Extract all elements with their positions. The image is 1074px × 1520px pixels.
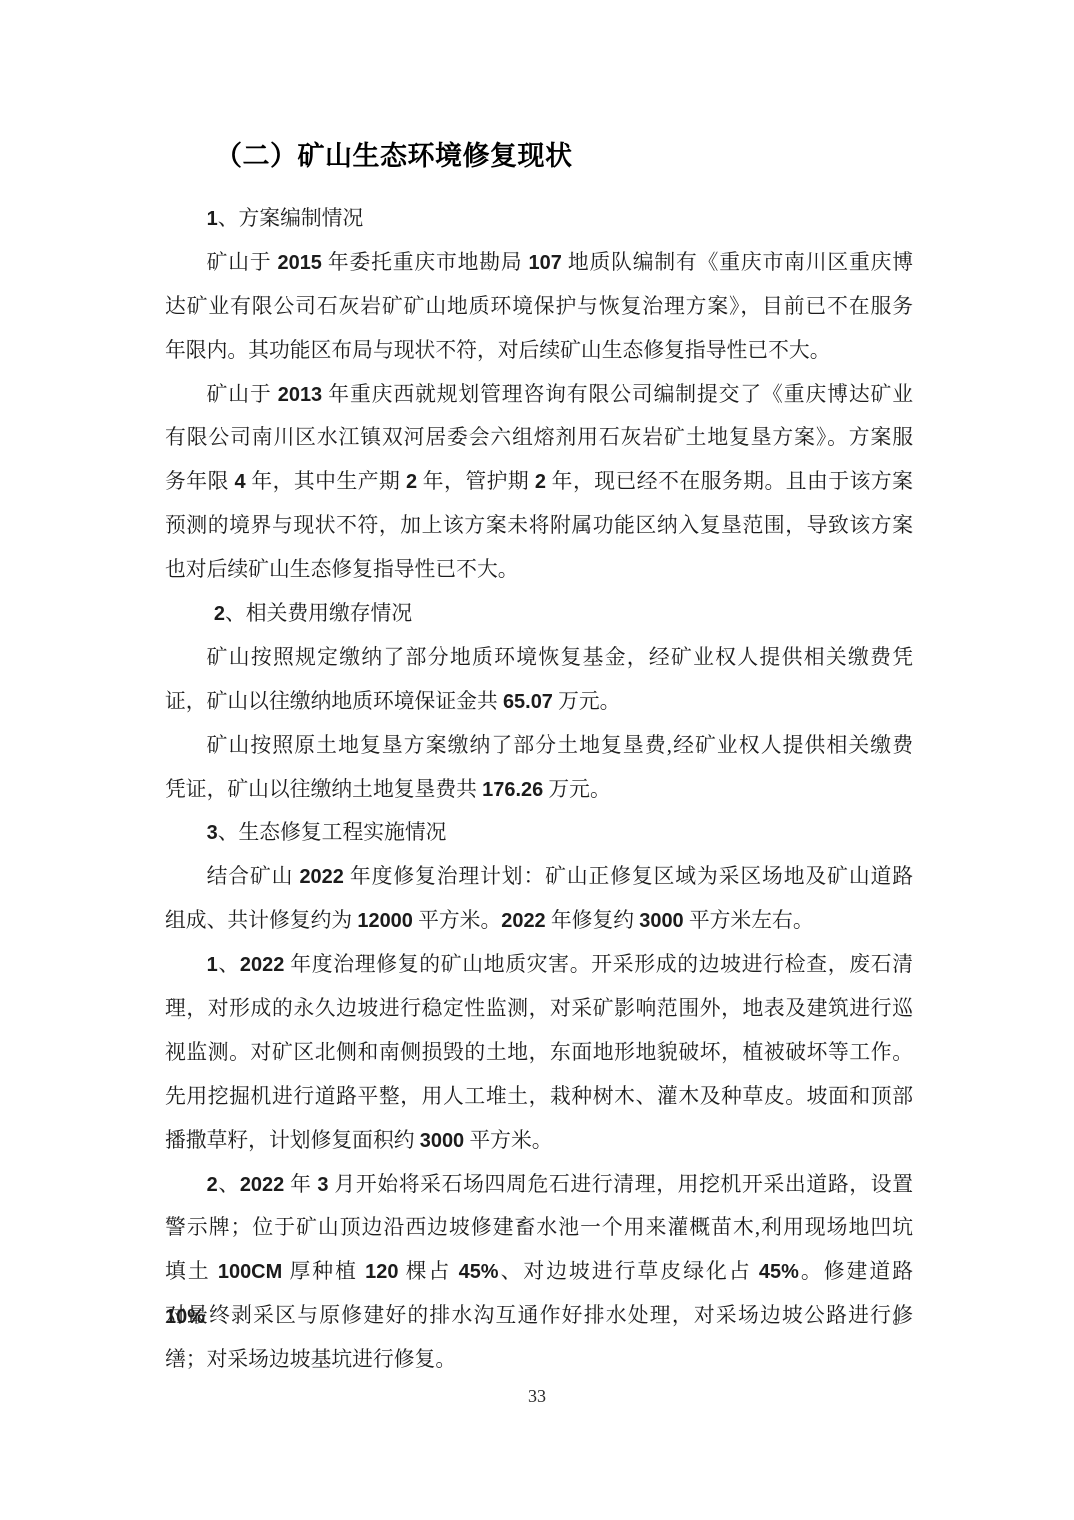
numeric-text: 1 bbox=[207, 208, 218, 230]
numeric-text: 120 bbox=[365, 1261, 398, 1283]
text-line: 1、方案编制情况 bbox=[165, 197, 913, 241]
numeric-text: 2013 bbox=[278, 384, 322, 406]
text-line: 矿山按照规定缴纳了部分地质环境恢复基金，经矿业权人提供相关缴费凭 bbox=[165, 636, 913, 680]
document-page: （二）矿山生态环境修复现状 1、方案编制情况矿山于 2015 年委托重庆市地勘局… bbox=[0, 0, 1074, 1520]
paragraph: 矿山按照原土地复垦方案缴纳了部分土地复垦费,经矿业权人提供相关缴费凭证，矿山以往… bbox=[165, 724, 913, 812]
sub-heading: 1、方案编制情况 bbox=[165, 197, 913, 241]
numeric-text: 45% bbox=[459, 1261, 499, 1283]
text-line: 结合矿山 2022 年度修复治理计划：矿山正修复区域为采区场地及矿山道路 bbox=[165, 855, 913, 899]
text-line: 警示牌；位于矿山顶边沿西边坡修建畜水池一个用来灌概苗木,利用现场地凹坑 bbox=[165, 1206, 913, 1250]
text-line: 缮；对采场边坡基坑进行修复。 bbox=[165, 1338, 913, 1382]
text-line: 填土 100CM 厚种植 120 棵占 45%、对边坡进行草皮绿化占 45%。修… bbox=[165, 1250, 913, 1294]
paragraph: 矿山于 2013 年重庆西就规划管理咨询有限公司编制提交了《重庆博达矿业有限公司… bbox=[165, 373, 913, 592]
numeric-text: 2 bbox=[406, 471, 417, 493]
numeric-text: 3 bbox=[207, 822, 218, 844]
page-number: 33 bbox=[0, 1386, 1074, 1407]
numeric-text: 2 bbox=[207, 1174, 218, 1196]
numeric-text: 2022 bbox=[240, 954, 284, 976]
text-line: 年限内。其功能区布局与现状不符，对后续矿山生态修复指导性已不大。 bbox=[165, 329, 913, 373]
text-line: 矿山于 2013 年重庆西就规划管理咨询有限公司编制提交了《重庆博达矿业 bbox=[165, 373, 913, 417]
text-line: 达矿业有限公司石灰岩矿矿山地质环境保护与恢复治理方案》，目前已不在服务 bbox=[165, 285, 913, 329]
text-line: 凭证，矿山以往缴纳土地复垦费共 176.26 万元。 bbox=[165, 768, 913, 812]
text-line: 矿山于 2015 年委托重庆市地勘局 107 地质队编制有《重庆市南川区重庆博 bbox=[165, 241, 913, 285]
numeric-text: 2015 bbox=[278, 252, 322, 274]
numeric-text: 100CM bbox=[218, 1261, 282, 1283]
numeric-text: 65.07 bbox=[503, 691, 553, 713]
numeric-text: 176.26 bbox=[482, 779, 543, 801]
text-line: 矿山按照原土地复垦方案缴纳了部分土地复垦费,经矿业权人提供相关缴费 bbox=[165, 724, 913, 768]
numeric-text: 12000 bbox=[357, 910, 413, 932]
document-body: 1、方案编制情况矿山于 2015 年委托重庆市地勘局 107 地质队编制有《重庆… bbox=[165, 197, 913, 1382]
numeric-text: 3000 bbox=[639, 910, 683, 932]
numeric-text: 3 bbox=[317, 1174, 328, 1196]
numeric-text: 107 bbox=[529, 252, 562, 274]
text-line: 3、生态修复工程实施情况 bbox=[165, 811, 913, 855]
text-line: 2、相关费用缴存情况 bbox=[165, 592, 913, 636]
numeric-text: 2022 bbox=[240, 1174, 284, 1196]
text-line: 预测的境界与现状不符，加上该方案未将附属功能区纳入复垦范围，导致该方案 bbox=[165, 504, 913, 548]
numeric-text: 2022 bbox=[299, 866, 343, 888]
numeric-text: 2 bbox=[214, 603, 225, 625]
numeric-text: 3000 bbox=[420, 1130, 464, 1152]
text-line: 对最终剥采区与原修建好的排水沟互通作好排水处理，对采场边坡公路进行修 bbox=[165, 1294, 913, 1338]
text-line: 2、2022 年 3 月开始将采石场四周危石进行清理，用挖机开采出道路，设置 bbox=[165, 1163, 913, 1207]
text-line: 理，对形成的永久边坡进行稳定性监测，对采矿影响范围外，地表及建筑进行巡 bbox=[165, 987, 913, 1031]
sub-heading: 2、相关费用缴存情况 bbox=[165, 592, 913, 636]
section-heading: （二）矿山生态环境修复现状 bbox=[165, 134, 963, 178]
numeric-text: 2 bbox=[535, 471, 546, 493]
paragraph: 矿山按照规定缴纳了部分地质环境恢复基金，经矿业权人提供相关缴费凭证，矿山以往缴纳… bbox=[165, 636, 913, 724]
numeric-text: 2022 bbox=[501, 910, 545, 932]
text-line: 有限公司南川区水江镇双河居委会六组熔剂用石灰岩矿土地复垦方案》。方案服 bbox=[165, 416, 913, 460]
paragraph: 矿山于 2015 年委托重庆市地勘局 107 地质队编制有《重庆市南川区重庆博达… bbox=[165, 241, 913, 373]
sub-heading: 3、生态修复工程实施情况 bbox=[165, 811, 913, 855]
text-line: 播撒草籽，计划修复面积约 3000 平方米。 bbox=[165, 1119, 913, 1163]
paragraph: 1、2022 年度治理修复的矿山地质灾害。开采形成的边坡进行检查，废石清理，对形… bbox=[165, 943, 913, 1162]
numeric-text: 1 bbox=[207, 954, 218, 976]
text-line: 证，矿山以往缴纳地质环境保证金共 65.07 万元。 bbox=[165, 680, 913, 724]
numeric-text: 4 bbox=[235, 471, 246, 493]
text-line: 视监测。对矿区北侧和南侧损毁的土地，东面地形地貌破坏，植被破坏等工作。 bbox=[165, 1031, 913, 1075]
numeric-text: 45% bbox=[759, 1261, 799, 1283]
text-line: 先用挖掘机进行道路平整，用人工堆土，栽种树木、灌木及种草皮。坡面和顶部 bbox=[165, 1075, 913, 1119]
text-line: 组成、共计修复约为 12000 平方米。2022 年修复约 3000 平方米左右… bbox=[165, 899, 913, 943]
text-line: 1、2022 年度治理修复的矿山地质灾害。开采形成的边坡进行检查，废石清 bbox=[165, 943, 913, 987]
text-line: 也对后续矿山生态修复指导性已不大。 bbox=[165, 548, 913, 592]
paragraph: 2、2022 年 3 月开始将采石场四周危石进行清理，用挖机开采出道路，设置警示… bbox=[165, 1163, 913, 1382]
paragraph: 结合矿山 2022 年度修复治理计划：矿山正修复区域为采区场地及矿山道路组成、共… bbox=[165, 855, 913, 943]
text-line: 务年限 4 年，其中生产期 2 年，管护期 2 年，现已经不在服务期。且由于该方… bbox=[165, 460, 913, 504]
